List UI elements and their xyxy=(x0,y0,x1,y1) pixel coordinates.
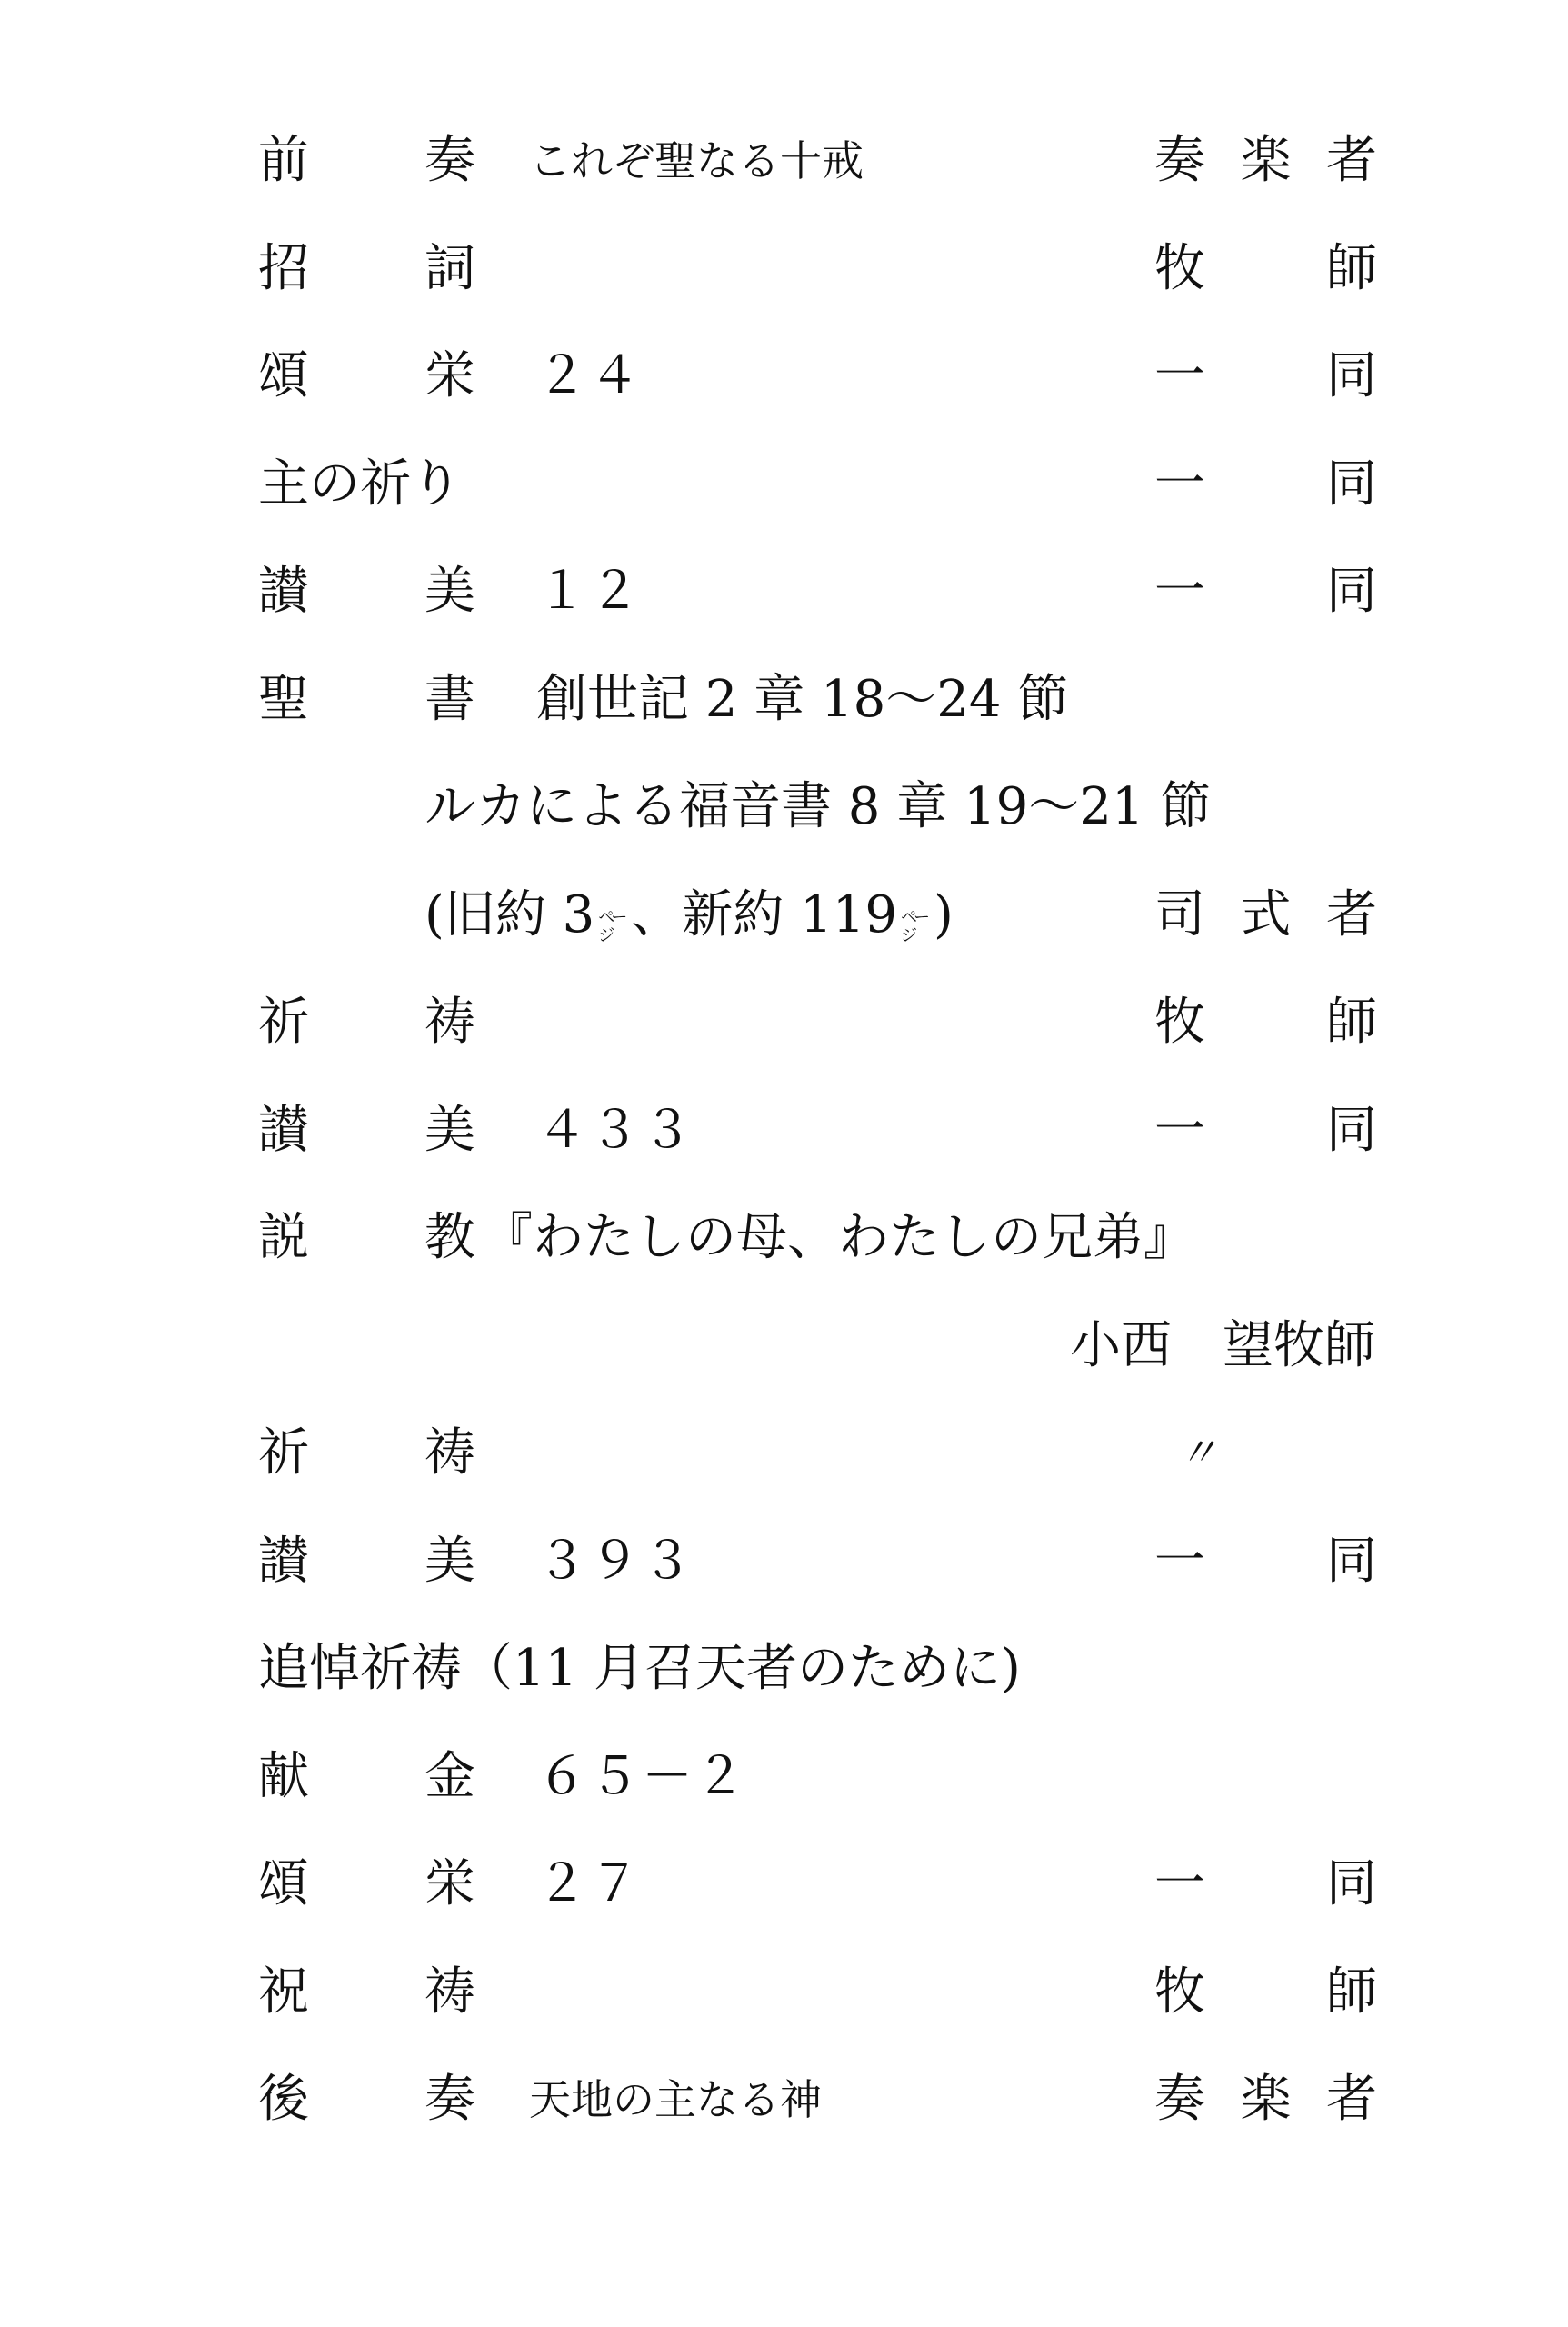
service-row-sermon: 説 教 『わたしの母、わたしの兄弟』 xyxy=(0,1209,1568,1267)
leader-char: 一 xyxy=(1154,1533,1205,1591)
item-label-char-2: 美 xyxy=(424,1533,475,1591)
hymn-number: ２７ xyxy=(536,1855,642,1913)
service-row-scripture-2: ルカによる福音書 8 章 19～21 節 xyxy=(0,778,1568,836)
leader-char: 楽 xyxy=(1241,2071,1292,2129)
leader-char: 者 xyxy=(1326,886,1377,944)
preacher-name: 小西 望牧師 xyxy=(1070,1317,1375,1375)
leader-char: 式 xyxy=(1241,886,1292,944)
ditto-mark: 〃 xyxy=(1178,1424,1218,1483)
item-label-char-1: 献 xyxy=(258,1748,309,1806)
scripture-reading-1: 創世記 2 章 18～24 節 xyxy=(536,671,1068,729)
item-label-char-1: 頌 xyxy=(258,1855,309,1913)
item-label-char-2: 書 xyxy=(424,671,475,729)
leader-char: 同 xyxy=(1326,1855,1377,1913)
leader-char: 同 xyxy=(1326,455,1377,514)
service-row-scripture: 聖 書 創世記 2 章 18～24 節 xyxy=(0,671,1568,729)
item-label-char-2: 祷 xyxy=(424,1963,475,2022)
page-mark-char: ジ xyxy=(598,927,611,945)
leader-char: 一 xyxy=(1154,347,1205,405)
leader: 一 同 xyxy=(1154,1855,1377,1913)
leader-char: 牧 xyxy=(1154,1963,1205,2022)
scripture-page-refs: (旧約 3ページ、新約 119ページ) xyxy=(424,886,954,945)
service-row-call-to-worship: 招 詞 牧 師 xyxy=(0,240,1568,298)
hymn-number: ６５－２ xyxy=(536,1748,747,1806)
item-label-char-1: 祈 xyxy=(258,1424,309,1483)
item-label-char-1: 前 xyxy=(258,132,309,190)
prelude-piece-title: これぞ聖なる十戒 xyxy=(529,132,864,190)
leader-char: 一 xyxy=(1154,1102,1205,1160)
leader-char: 一 xyxy=(1154,1855,1205,1913)
leader: 一 同 xyxy=(1154,563,1377,621)
leader-char: 牧 xyxy=(1154,994,1205,1052)
item-label-char-2: 奏 xyxy=(424,2071,475,2129)
service-row-offering: 献 金 ６５－２ xyxy=(0,1748,1568,1806)
leader: 牧 師 xyxy=(1154,994,1377,1052)
service-row-doxology: 頌 栄 ２４ 一 同 xyxy=(0,347,1568,405)
service-row-benediction: 祝 祷 牧 師 xyxy=(0,1963,1568,2022)
page-mark-char: ペ xyxy=(598,909,611,927)
item-label-char-2: 美 xyxy=(424,563,475,621)
leader-char: 師 xyxy=(1326,240,1377,298)
item-label-char-1: 讃 xyxy=(258,1102,309,1160)
item-label-char-2: 祷 xyxy=(424,994,475,1052)
leader: 牧 師 xyxy=(1154,240,1377,298)
item-label-char-1: 祈 xyxy=(258,994,309,1052)
item-label-char-2: 祷 xyxy=(424,1424,475,1483)
leader: 一 同 xyxy=(1154,347,1377,405)
service-row-scripture-pages: (旧約 3ページ、新約 119ページ) 司 式 者 xyxy=(0,886,1568,944)
leader-char: 同 xyxy=(1326,1533,1377,1591)
leader-char: 者 xyxy=(1326,2071,1377,2129)
leader: 奏 楽 者 xyxy=(1154,132,1377,190)
item-label-char-2: 栄 xyxy=(424,347,475,405)
leader: 一 同 xyxy=(1154,455,1377,514)
item-label-char-1: 讃 xyxy=(258,563,309,621)
page-abbrev-mark: ページ xyxy=(598,909,625,945)
service-row-hymn-3: 讃 美 ３９３ 一 同 xyxy=(0,1533,1568,1591)
item-label-char-2: 奏 xyxy=(424,132,475,190)
page-mark-char: ジ xyxy=(901,927,914,945)
item-label: 主の祈り xyxy=(258,455,462,514)
leader-char: 者 xyxy=(1326,132,1377,190)
service-row-hymn-2: 讃 美 ４３３ 一 同 xyxy=(0,1102,1568,1160)
hymn-number: ３９３ xyxy=(536,1533,694,1591)
hymn-number: ４３３ xyxy=(536,1102,694,1160)
item-label-char-1: 頌 xyxy=(258,347,309,405)
leader-char: 師 xyxy=(1326,994,1377,1052)
service-row-prayer: 祈 祷 牧 師 xyxy=(0,994,1568,1052)
service-row-postlude: 後 奏 天地の主なる神 奏 楽 者 xyxy=(0,2071,1568,2129)
leader-char: 同 xyxy=(1326,563,1377,621)
leader-char: 牧 xyxy=(1154,240,1205,298)
page-mark-char: ー xyxy=(611,909,624,927)
page-ref-close: ) xyxy=(934,885,954,944)
item-label-char-1: 祝 xyxy=(258,1963,309,2022)
service-row-memorial-prayer: 追悼祈祷（11 月召天者のために) xyxy=(0,1640,1568,1698)
item-label-char-1: 讃 xyxy=(258,1533,309,1591)
item-label-char-2: 美 xyxy=(424,1102,475,1160)
leader: 一 同 xyxy=(1154,1533,1377,1591)
item-label-char-1: 説 xyxy=(258,1209,309,1267)
leader-char: 一 xyxy=(1154,455,1205,514)
service-row-prayer-2: 祈 祷 〃 xyxy=(0,1424,1568,1483)
leader-char: 奏 xyxy=(1154,2071,1205,2129)
leader-char: 楽 xyxy=(1241,132,1292,190)
item-label-char-2: 栄 xyxy=(424,1855,475,1913)
item-label-char-1: 聖 xyxy=(258,671,309,729)
leader-char: 師 xyxy=(1326,1963,1377,2022)
hymn-number: ２４ xyxy=(536,347,642,405)
item-label-char-1: 招 xyxy=(258,240,309,298)
leader: 一 同 xyxy=(1154,1102,1377,1160)
service-row-hymn: 讃 美 １２ 一 同 xyxy=(0,563,1568,621)
item-label-char-2: 詞 xyxy=(424,240,475,298)
postlude-piece-title: 天地の主なる神 xyxy=(529,2071,822,2129)
leader-char: 一 xyxy=(1154,563,1205,621)
leader: 奏 楽 者 xyxy=(1154,2071,1377,2129)
service-row-lords-prayer: 主の祈り 一 同 xyxy=(0,455,1568,514)
page-mark-char: ペ xyxy=(901,909,914,927)
leader: 牧 師 xyxy=(1154,1963,1377,2022)
page-ref-open: (旧約 3 xyxy=(424,885,594,944)
service-row-doxology-2: 頌 栄 ２７ 一 同 xyxy=(0,1855,1568,1913)
item-label-char-1: 後 xyxy=(258,2071,309,2129)
sermon-title: 『わたしの母、わたしの兄弟』 xyxy=(482,1209,1194,1267)
leader-char: 司 xyxy=(1154,886,1205,944)
hymn-number: １２ xyxy=(536,563,642,621)
leader: 司 式 者 xyxy=(1154,886,1377,944)
service-row-prelude: 前 奏 これぞ聖なる十戒 奏 楽 者 xyxy=(0,132,1568,190)
leader-char: 同 xyxy=(1326,347,1377,405)
leader-char: 奏 xyxy=(1154,132,1205,190)
item-label-char-2: 金 xyxy=(424,1748,475,1806)
order-of-service-page: 前 奏 これぞ聖なる十戒 奏 楽 者 招 詞 牧 師 頌 栄 ２４ 一 同 主の… xyxy=(0,0,1568,2327)
scripture-reading-2: ルカによる福音書 8 章 19～21 節 xyxy=(424,778,1211,836)
page-mark-char: ー xyxy=(914,909,926,927)
item-label: 追悼祈祷（11 月召天者のために) xyxy=(258,1640,1021,1698)
page-abbrev-mark: ページ xyxy=(901,909,928,945)
page-ref-mid: 、新約 119 xyxy=(631,885,897,944)
service-row-preacher: 小西 望牧師 xyxy=(0,1317,1568,1375)
item-label-char-2: 教 xyxy=(424,1209,475,1267)
leader-char: 同 xyxy=(1326,1102,1377,1160)
